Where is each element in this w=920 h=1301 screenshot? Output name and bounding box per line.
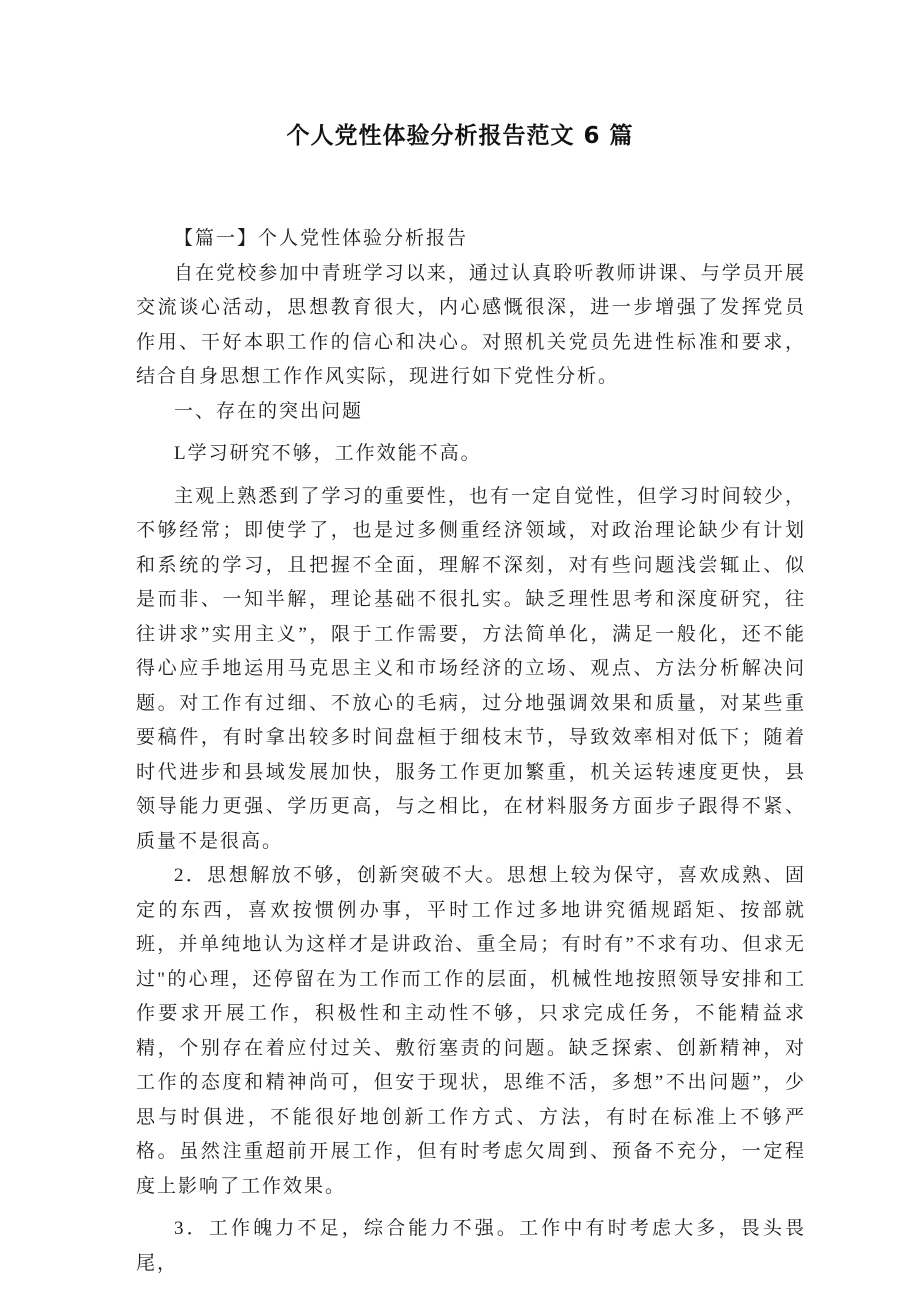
paragraph: 自在党校参加中青班学习以来，通过认真聆听教师讲课、与学员开展交流谈心活动，思想教… (136, 257, 806, 395)
paragraph: 【篇一】个人党性体验分析报告 (136, 222, 806, 257)
paragraph: 主观上熟悉到了学习的重要性，也有一定自觉性，但学习时间较少，不够经常；即使学了，… (136, 480, 806, 860)
document-page: 个人党性体验分析报告范文 6 篇 【篇一】个人党性体验分析报告自在党校参加中青班… (0, 0, 920, 1301)
paragraph: 2．思想解放不够，创新突破不大。思想上较为保守，喜欢成熟、固定的东西，喜欢按惯例… (136, 859, 806, 1204)
paragraph: 3．工作魄力不足，综合能力不强。工作中有时考虑大多，畏头畏尾， (136, 1212, 806, 1281)
document-body: 【篇一】个人党性体验分析报告自在党校参加中青班学习以来，通过认真聆听教师讲课、与… (136, 222, 806, 1281)
paragraph: L学习研究不够，工作效能不高。 (136, 437, 806, 472)
document-title: 个人党性体验分析报告范文 6 篇 (0, 0, 920, 154)
paragraph: 一、存在的突出问题 (136, 395, 806, 430)
